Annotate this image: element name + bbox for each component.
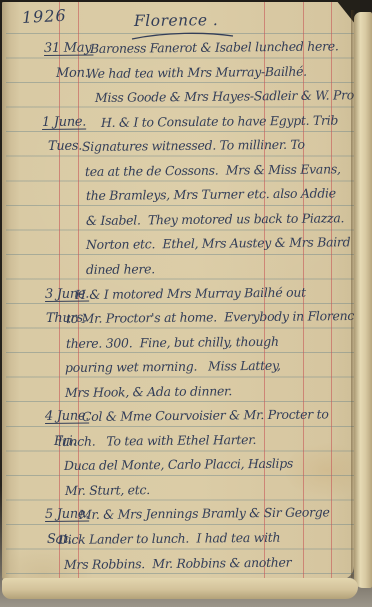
entry-line: Baroness Fanerot & Isabel lunched here. [90,38,339,57]
entry-line: Miss Goode & Mrs Hayes-Sadleir & W. Proc… [95,87,372,106]
entry-line: the Bramleys, Mrs Turner etc. also Addie [86,186,336,205]
entry-day: Tues. [48,139,82,155]
entry-line: Mrs Hook, & Ada to dinner. [65,383,232,401]
year-label: 1926 [22,8,67,26]
notebook-page: 1926 Florence . 31 May.Mon.Baroness Fane… [2,2,354,580]
handwriting-layer: 1926 Florence . 31 May.Mon.Baroness Fane… [2,2,354,580]
entry-line: to Mr. Proctor's at home. Everybody in F… [66,308,361,327]
diary-photo: 1926 Florence . 31 May.Mon.Baroness Fane… [0,0,372,607]
entry-line: lunch. To tea with Ethel Harter. [58,432,256,450]
entry-line: Mr. Sturt, etc. [65,482,150,499]
page-stack-fore-edge [354,12,372,588]
entry-line: & Isabel. They motored us back to Piazza… [86,210,344,229]
entry-line: We had tea with Mrs Murray-Bailhé. [86,63,307,81]
entry-line: H & I motored Mrs Murray Bailhé out [75,284,306,302]
entry-line: tea at the de Cossons. Mrs & Miss Evans, [85,161,341,180]
entry-line: dined here. [86,261,155,278]
entry-date: 1 June. [42,114,86,130]
entry-line: Signatures witnessed. To milliner. To [82,137,305,155]
entry-line: Mrs Robbins. Mr. Robbins & another [64,554,291,572]
entry-line: Norton etc. Ethel, Mrs Austey & Mrs Bair… [86,235,350,254]
entry-date: 31 May. [44,40,94,57]
entry-line: Dick Lander to lunch. I had tea with [58,530,280,548]
page-stack-bottom-edge [2,578,358,599]
entry-line: Duca del Monte, Carlo Placci, Haslips [64,456,293,474]
entry-day: Mon. [56,65,89,81]
entry-line: pouring wet morning. Miss Lattey, [65,358,281,376]
entry-line: Mr. & Mrs Jennings Bramly & Sir George [79,505,330,524]
entry-line: there. 300. Fine, but chilly, though [66,333,279,351]
entry-line: H. & I to Consulate to have Egypt. Trib [101,112,338,130]
entry-line: Col & Mme Courvoisier & Mr. Procter to [82,407,329,426]
page-title: Florence . [134,12,218,29]
